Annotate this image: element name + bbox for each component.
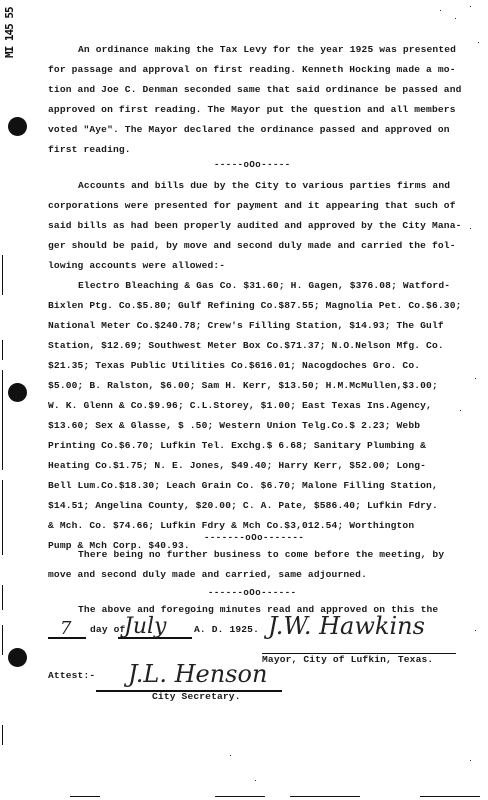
scan-edge-mark	[290, 796, 360, 797]
text-line: said bills as had been properly audited …	[48, 220, 462, 232]
scan-noise	[470, 6, 471, 7]
text-line: Station, $12.69; Southwest Meter Box Co.…	[48, 340, 444, 352]
scan-noise	[460, 410, 461, 411]
scanned-document-page: MI 145 55 An ordinance making the Tax Le…	[0, 0, 488, 800]
scan-noise	[230, 755, 231, 756]
text-line: Bell Lum.Co.$18.30; Leach Grain Co. $6.7…	[48, 480, 438, 492]
handwritten-day: 7	[60, 618, 71, 639]
mayor-title: Mayor, City of Lufkin, Texas.	[262, 654, 433, 666]
scan-edge-mark	[2, 585, 3, 610]
scan-edge-mark	[70, 796, 100, 797]
document-number-stamp: MI 145 55	[3, 2, 17, 64]
scan-noise	[475, 630, 476, 631]
binder-hole-icon	[8, 117, 27, 136]
binder-hole-icon	[8, 648, 27, 667]
section-separator: ------oOo------	[208, 588, 297, 598]
text-line: An ordinance making the Tax Levy for the…	[78, 44, 456, 56]
text-line: tion and Joe C. Denman seconded same tha…	[48, 84, 462, 96]
text-line: $14.51; Angelina County, $20.00; C. A. P…	[48, 500, 438, 512]
secretary-signature: J.L. Henson	[128, 660, 267, 688]
text-line: for passage and approval on first readin…	[48, 64, 456, 76]
text-line: approved on first reading. The Mayor put…	[48, 104, 456, 116]
scan-noise	[440, 10, 441, 11]
text-line: $21.35; Texas Public Utilities Co.$616.0…	[48, 360, 420, 372]
scan-edge-mark	[2, 340, 3, 360]
text-line: $5.00; B. Ralston, $6.00; Sam H. Kerr, $…	[48, 380, 438, 392]
handwritten-month: July	[124, 614, 166, 639]
scan-noise	[470, 760, 471, 761]
scan-edge-mark	[2, 625, 3, 655]
scan-edge-mark	[2, 480, 3, 555]
day-of-label: day of	[90, 624, 125, 636]
section-separator: -----oOo-----	[214, 160, 291, 170]
secretary-title: City Secretary.	[152, 691, 241, 703]
text-line: ger should be paid, by move and second d…	[48, 240, 456, 252]
text-line: & Mch. Co. $74.66; Lufkin Fdry & Mch Co.…	[48, 520, 414, 532]
mayor-signature: J.W. Hawkins	[268, 612, 425, 640]
text-line: voted "Aye". The Mayor declared the ordi…	[48, 124, 450, 136]
scan-edge-mark	[215, 796, 265, 797]
text-line: Heating Co.$1.75; N. E. Jones, $49.40; H…	[48, 460, 426, 472]
scan-noise	[255, 780, 256, 781]
binder-hole-icon	[8, 383, 27, 402]
text-line: Electro Bleaching & Gas Co. $31.60; H. G…	[78, 280, 450, 292]
scan-noise	[470, 228, 471, 229]
scan-noise	[455, 18, 456, 19]
scan-edge-mark	[2, 725, 3, 745]
text-line: first reading.	[48, 144, 131, 156]
year-label: A. D. 1925.	[194, 624, 259, 636]
attest-label: Attest:-	[48, 670, 95, 682]
text-line: corporations were presented for payment …	[48, 200, 456, 212]
scan-edge-mark	[420, 796, 480, 797]
scan-edge-mark	[2, 370, 3, 470]
text-line: W. K. Glenn & Co.$9.96; C.L.Storey, $1.0…	[48, 400, 432, 412]
text-line: move and second duly made and carried, s…	[48, 569, 367, 581]
text-line: Printing Co.$6.70; Lufkin Tel. Exchg.$ 6…	[48, 440, 426, 452]
text-line: lowing accounts were allowed:-	[48, 260, 225, 272]
scan-noise	[478, 42, 479, 43]
scan-edge-mark	[2, 255, 3, 295]
text-line: National Meter Co.$240.78; Crew's Fillin…	[48, 320, 444, 332]
scan-noise	[475, 378, 476, 379]
text-line: There being no further business to come …	[78, 549, 444, 561]
section-separator: -------oOo-------	[204, 533, 304, 543]
text-line: Bixlen Ptg. Co.$5.80; Gulf Refining Co.$…	[48, 300, 462, 312]
text-line: Accounts and bills due by the City to va…	[78, 180, 450, 192]
text-line: $13.60; Sex & Glasse, $ .50; Western Uni…	[48, 420, 420, 432]
